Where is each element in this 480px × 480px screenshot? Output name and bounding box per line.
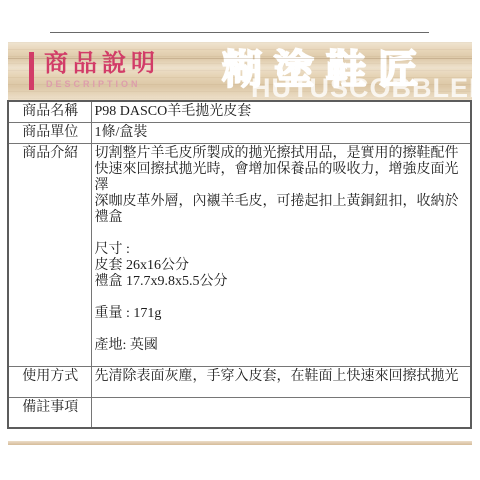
table-row-product-unit: 商品單位 1條/盒裝 bbox=[8, 122, 471, 143]
row-label: 使用方式 bbox=[8, 366, 91, 397]
table-row-usage: 使用方式 先清除表面灰塵，手穿入皮套，在鞋面上快速來回擦拭拋光 bbox=[8, 366, 471, 397]
title-accent-bar bbox=[29, 52, 34, 90]
brand-name-chinese: 糊塗鞋匠 bbox=[222, 48, 430, 92]
table-row-product-name: 商品名稱 P98 DASCO羊毛拋光皮套 bbox=[8, 101, 471, 122]
wood-bottom-strip bbox=[8, 441, 472, 445]
row-label: 商品單位 bbox=[8, 122, 91, 143]
row-label: 備註事項 bbox=[8, 397, 91, 428]
row-label: 商品介紹 bbox=[8, 143, 91, 366]
row-label: 商品名稱 bbox=[8, 101, 91, 122]
table-row-product-intro: 商品介紹 切割整片羊毛皮所製成的拋光擦拭用品，是實用的擦鞋配件 快速來回擦拭拋光… bbox=[8, 143, 471, 366]
product-description-page: 商品說明 DESCRIPTION HUTUSCOBBLER 糊塗鞋匠 商品名稱 … bbox=[0, 0, 480, 480]
row-value bbox=[91, 397, 471, 428]
header-wood-panel: 商品說明 DESCRIPTION HUTUSCOBBLER 糊塗鞋匠 bbox=[8, 42, 472, 100]
row-value: 1條/盒裝 bbox=[91, 122, 471, 143]
row-value: 先清除表面灰塵，手穿入皮套，在鞋面上快速來回擦拭拋光 bbox=[91, 366, 471, 397]
product-spec-table: 商品名稱 P98 DASCO羊毛拋光皮套 商品單位 1條/盒裝 商品介紹 切割整… bbox=[7, 100, 472, 429]
section-subtitle: DESCRIPTION bbox=[46, 79, 141, 89]
top-divider-line bbox=[50, 32, 429, 33]
row-value: 切割整片羊毛皮所製成的拋光擦拭用品，是實用的擦鞋配件 快速來回擦拭拋光時，會增加… bbox=[91, 143, 471, 366]
table-row-remarks: 備註事項 bbox=[8, 397, 471, 428]
row-value: P98 DASCO羊毛拋光皮套 bbox=[91, 101, 471, 122]
section-title: 商品說明 bbox=[44, 51, 160, 77]
